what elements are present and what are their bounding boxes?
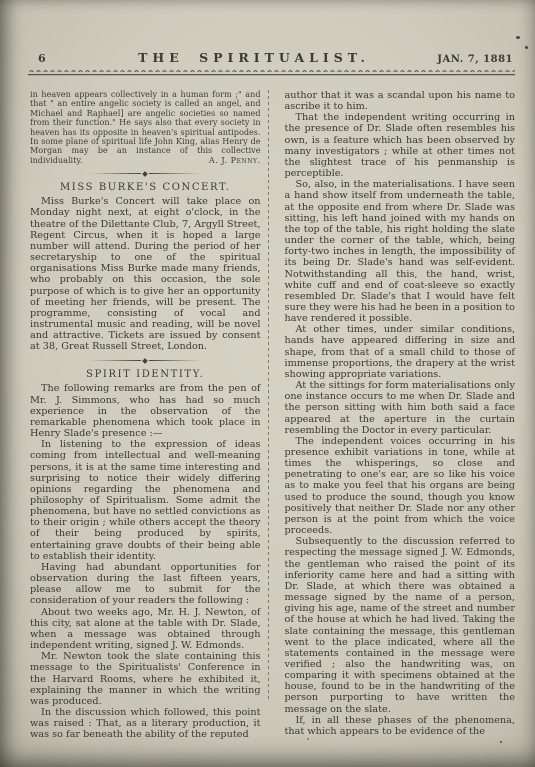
- newspaper-page: 6 THE SPIRITUALIST. JAN. 7, 1881 in heav…: [0, 0, 535, 767]
- section-divider: [30, 170, 261, 177]
- article-paragraph: About two weeks ago, Mr. H. J. Newton, o…: [30, 607, 261, 652]
- continuation-text: in heaven appears collectively in a huma…: [30, 89, 261, 165]
- article-paragraph: At other times, under similar conditions…: [284, 324, 515, 380]
- section-divider: [30, 357, 261, 364]
- article-paragraph: Having had abundant opportunities for ob…: [30, 562, 261, 607]
- article-paragraph: The following remarks are from the pen o…: [30, 383, 261, 439]
- header-straight-rule: [28, 74, 515, 75]
- article-columns: in heaven appears collectively in a huma…: [30, 90, 515, 737]
- paper-speck: [524, 45, 528, 49]
- article-paragraph: If, in all these phases of the phenomena…: [284, 715, 515, 737]
- left-column: in heaven appears collectively in a huma…: [30, 90, 261, 737]
- article-paragraph: Mr. Newton took the slate containing thi…: [30, 651, 261, 707]
- divider-line-right: [149, 360, 201, 361]
- divider-line-right: [149, 173, 201, 174]
- header-wavy-rule: [28, 68, 515, 72]
- article-paragraph: That the independent writing occurring i…: [284, 112, 515, 179]
- divider-diamond-icon: [142, 358, 148, 364]
- article-paragraph: In listening to the expression of ideas …: [30, 439, 261, 562]
- divider-line-left: [89, 360, 141, 361]
- issue-date: JAN. 7, 1881: [418, 54, 513, 65]
- article-paragraph: At the sittings for form materialisation…: [284, 380, 515, 436]
- article-paragraph: The independent voices occurring in his …: [284, 436, 515, 536]
- article-paragraph: In the discussion which followed, this p…: [30, 707, 261, 740]
- page-header: 6 THE SPIRITUALIST. JAN. 7, 1881: [30, 50, 513, 65]
- right-column: author that it was a scandal upon his na…: [284, 90, 515, 737]
- article-paragraph: So, also, in the materialisations. I hav…: [284, 179, 515, 324]
- continuation-paragraph: in heaven appears collectively in a huma…: [30, 90, 261, 165]
- paper-speck: [516, 36, 520, 39]
- article-paragraph: Subsequently to the discussion referred …: [284, 536, 515, 715]
- article-paragraph: Miss Burke's Concert will take place on …: [30, 196, 261, 352]
- masthead-title: THE SPIRITUALIST.: [90, 50, 418, 65]
- section-heading-miss-burkes-concert: MISS BURKE'S CONCERT.: [30, 182, 261, 193]
- paper-speck: [307, 738, 309, 740]
- page-number: 6: [30, 52, 90, 65]
- divider-line-left: [89, 173, 141, 174]
- section-heading-spirit-identity: SPIRIT IDENTITY.: [30, 369, 261, 380]
- paper-speck: [500, 741, 502, 743]
- divider-diamond-icon: [142, 171, 148, 177]
- article-paragraph: author that it was a scandal upon his na…: [284, 90, 515, 112]
- author-signature: A. J. Penny.: [209, 156, 261, 165]
- column-divider-rule: [268, 90, 270, 702]
